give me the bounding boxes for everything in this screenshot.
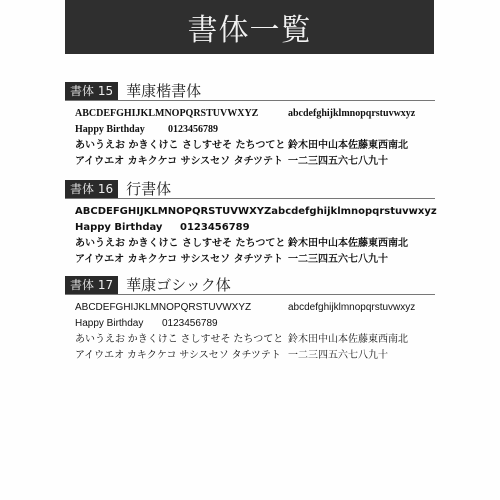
font-name: 華康ゴシック体 xyxy=(126,276,231,294)
sample-row-katakana: アイウエオ カキクケコ サシスセソ タチツテト 一二三四五六七八九十 xyxy=(75,348,435,364)
sample-row-phrase: Happy Birthday 0123456789 xyxy=(75,220,435,236)
font-name: 行書体 xyxy=(126,180,171,198)
lowercase-sample: abcdefghijklmnopqrstuvwxyz xyxy=(288,106,415,122)
kanji-numbers-sample: 一二三四五六七八九十 xyxy=(288,252,388,268)
uppercase-sample: ABCDEFGHIJKLMNOPQRSTUVWXYZ xyxy=(75,204,271,220)
digits-sample: 0123456789 xyxy=(180,220,250,236)
section-heading: 書体 15 華康楷書体 xyxy=(65,80,435,101)
kanji-names-sample: 鈴木田中山本佐藤東西南北 xyxy=(288,236,408,252)
font-section-16: 書体 16 行書体 ABCDEFGHIJKLMNOPQRSTUVWXYZ abc… xyxy=(65,178,435,268)
digits-sample: 0123456789 xyxy=(168,122,218,138)
lowercase-sample: abcdefghijklmnopqrstuvwxyz xyxy=(271,204,436,220)
font-section-17: 書体 17 華康ゴシック体 ABCDEFGHIJKLMNOPQRSTUVWXYZ… xyxy=(65,274,435,364)
sample-row-katakana: アイウエオ カキクケコ サシスセソ タチツテト 一二三四五六七八九十 xyxy=(75,252,435,268)
phrase-sample: Happy Birthday xyxy=(75,220,180,236)
font-name: 華康楷書体 xyxy=(126,82,201,100)
katakana-sample: アイウエオ カキクケコ サシスセソ タチツテト xyxy=(75,348,288,364)
font-number-badge: 書体 17 xyxy=(65,276,118,294)
sample-row-phrase: Happy Birthday 0123456789 xyxy=(75,316,435,332)
sample-row-hiragana: あいうえお かきくけこ さしすせそ たちつてと 鈴木田中山本佐藤東西南北 xyxy=(75,138,435,154)
sample-row-latin: ABCDEFGHIJKLMNOPQRSTUVWXYZ abcdefghijklm… xyxy=(75,300,435,316)
sample-row-latin: ABCDEFGHIJKLMNOPQRSTUVWXYZ abcdefghijklm… xyxy=(75,204,435,220)
sample-row-phrase: Happy Birthday 0123456789 xyxy=(75,122,435,138)
uppercase-sample: ABCDEFGHIJKLMNOPQRSTUVWXYZ xyxy=(75,106,288,122)
hiragana-sample: あいうえお かきくけこ さしすせそ たちつてと xyxy=(75,236,288,252)
katakana-sample: アイウエオ カキクケコ サシスセソ タチツテト xyxy=(75,154,288,170)
phrase-sample: Happy Birthday xyxy=(75,316,162,332)
section-heading: 書体 17 華康ゴシック体 xyxy=(65,274,435,295)
hiragana-sample: あいうえお かきくけこ さしすせそ たちつてと xyxy=(75,138,288,154)
katakana-sample: アイウエオ カキクケコ サシスセソ タチツテト xyxy=(75,252,288,268)
hiragana-sample: あいうえお かきくけこ さしすせそ たちつてと xyxy=(75,332,288,348)
uppercase-sample: ABCDEFGHIJKLMNOPQRSTUVWXYZ xyxy=(75,300,288,316)
page-title: 書体一覧 xyxy=(188,5,312,49)
sample-row-latin: ABCDEFGHIJKLMNOPQRSTUVWXYZ abcdefghijklm… xyxy=(75,106,435,122)
digits-sample: 0123456789 xyxy=(162,316,218,332)
kanji-numbers-sample: 一二三四五六七八九十 xyxy=(288,154,388,170)
page-header: 書体一覧 xyxy=(65,0,434,54)
font-number-badge: 書体 15 xyxy=(65,82,118,100)
font-section-15: 書体 15 華康楷書体 ABCDEFGHIJKLMNOPQRSTUVWXYZ a… xyxy=(65,80,435,170)
kanji-names-sample: 鈴木田中山本佐藤東西南北 xyxy=(288,332,408,348)
sample-row-hiragana: あいうえお かきくけこ さしすせそ たちつてと 鈴木田中山本佐藤東西南北 xyxy=(75,236,435,252)
sample-row-katakana: アイウエオ カキクケコ サシスセソ タチツテト 一二三四五六七八九十 xyxy=(75,154,435,170)
font-number-badge: 書体 16 xyxy=(65,180,118,198)
phrase-sample: Happy Birthday xyxy=(75,122,168,138)
kanji-names-sample: 鈴木田中山本佐藤東西南北 xyxy=(288,138,408,154)
section-heading: 書体 16 行書体 xyxy=(65,178,435,199)
sample-row-hiragana: あいうえお かきくけこ さしすせそ たちつてと 鈴木田中山本佐藤東西南北 xyxy=(75,332,435,348)
kanji-numbers-sample: 一二三四五六七八九十 xyxy=(288,348,388,364)
lowercase-sample: abcdefghijklmnopqrstuvwxyz xyxy=(288,300,415,316)
